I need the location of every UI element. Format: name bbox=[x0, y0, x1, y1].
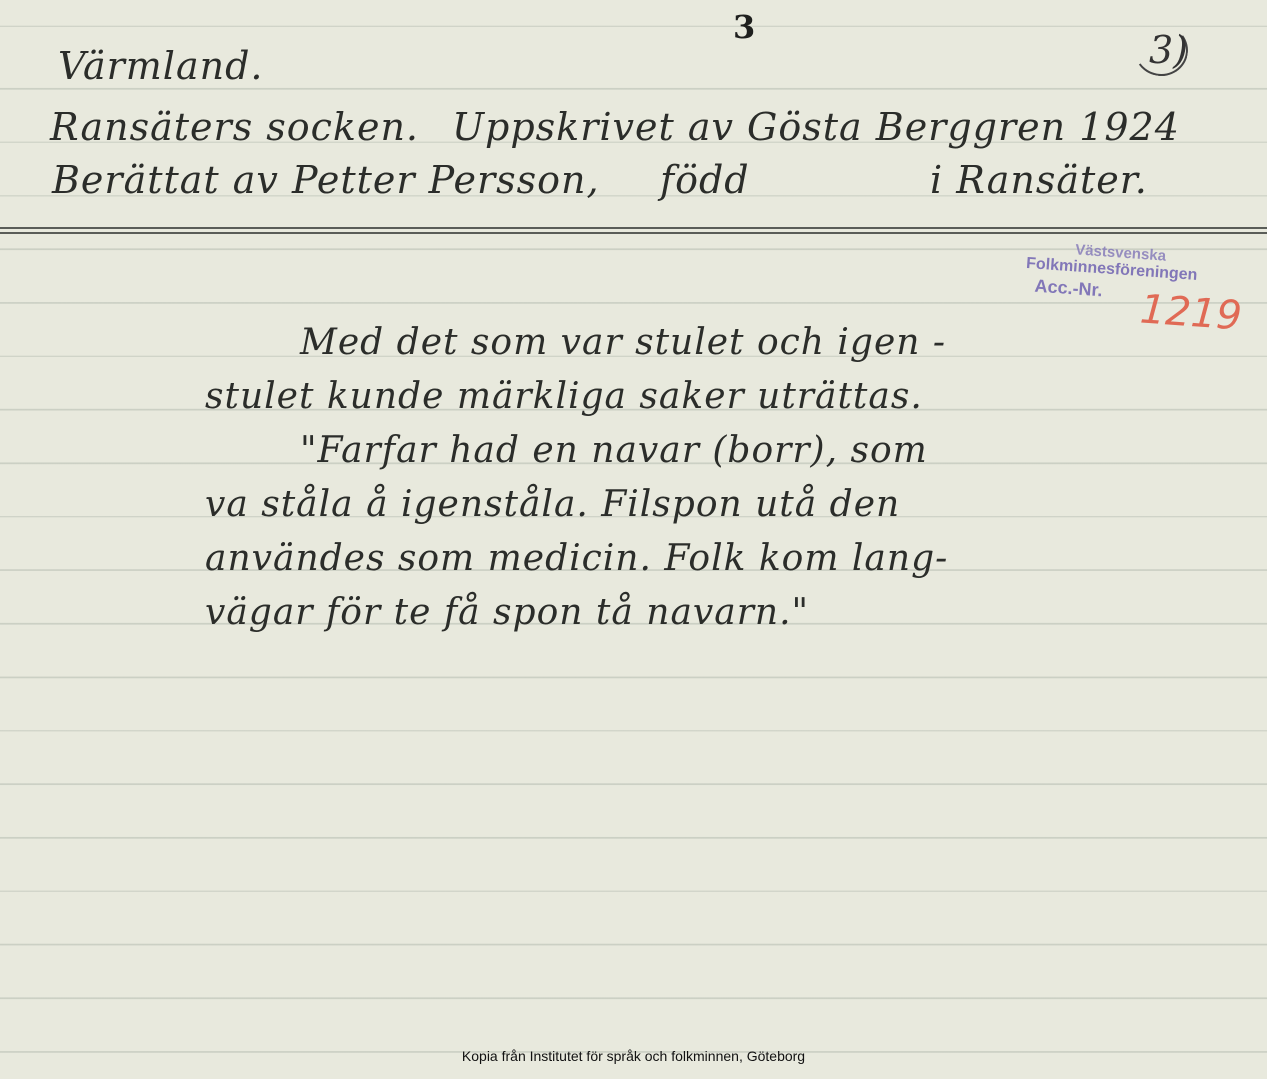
page-number: 3 bbox=[733, 8, 755, 46]
header-told-by: Berättat av Petter Persson, bbox=[52, 158, 600, 202]
body-line-5: användes som medicin. Folk kom lang- bbox=[205, 538, 948, 579]
header-born: född bbox=[660, 158, 750, 202]
circled-page-number: 3) bbox=[1134, 24, 1190, 76]
header-parish: Ransäters socken. bbox=[50, 105, 419, 149]
header-province: Värmland. bbox=[58, 44, 264, 88]
body-line-2: stulet kunde märkliga saker uträttas. bbox=[205, 376, 923, 417]
header-recorded-by: Uppskrivet av Gösta Berggren 1924 bbox=[452, 105, 1180, 149]
accession-number: 1219 bbox=[1139, 287, 1244, 340]
body-line-6: vägar för te få spon tå navarn." bbox=[205, 592, 809, 633]
body-line-3: "Farfar had en navar (borr), som bbox=[300, 430, 928, 471]
body-line-1: Med det som var stulet och igen - bbox=[300, 322, 946, 363]
header-birthplace: i Ransäter. bbox=[930, 158, 1148, 202]
body-line-4: va ståla å igenståla. Filspon utå den bbox=[205, 484, 900, 525]
double-rule-bottom bbox=[0, 232, 1267, 234]
double-rule-top bbox=[0, 227, 1267, 229]
copyright-footer: Kopia från Institutet för språk och folk… bbox=[0, 1048, 1267, 1064]
